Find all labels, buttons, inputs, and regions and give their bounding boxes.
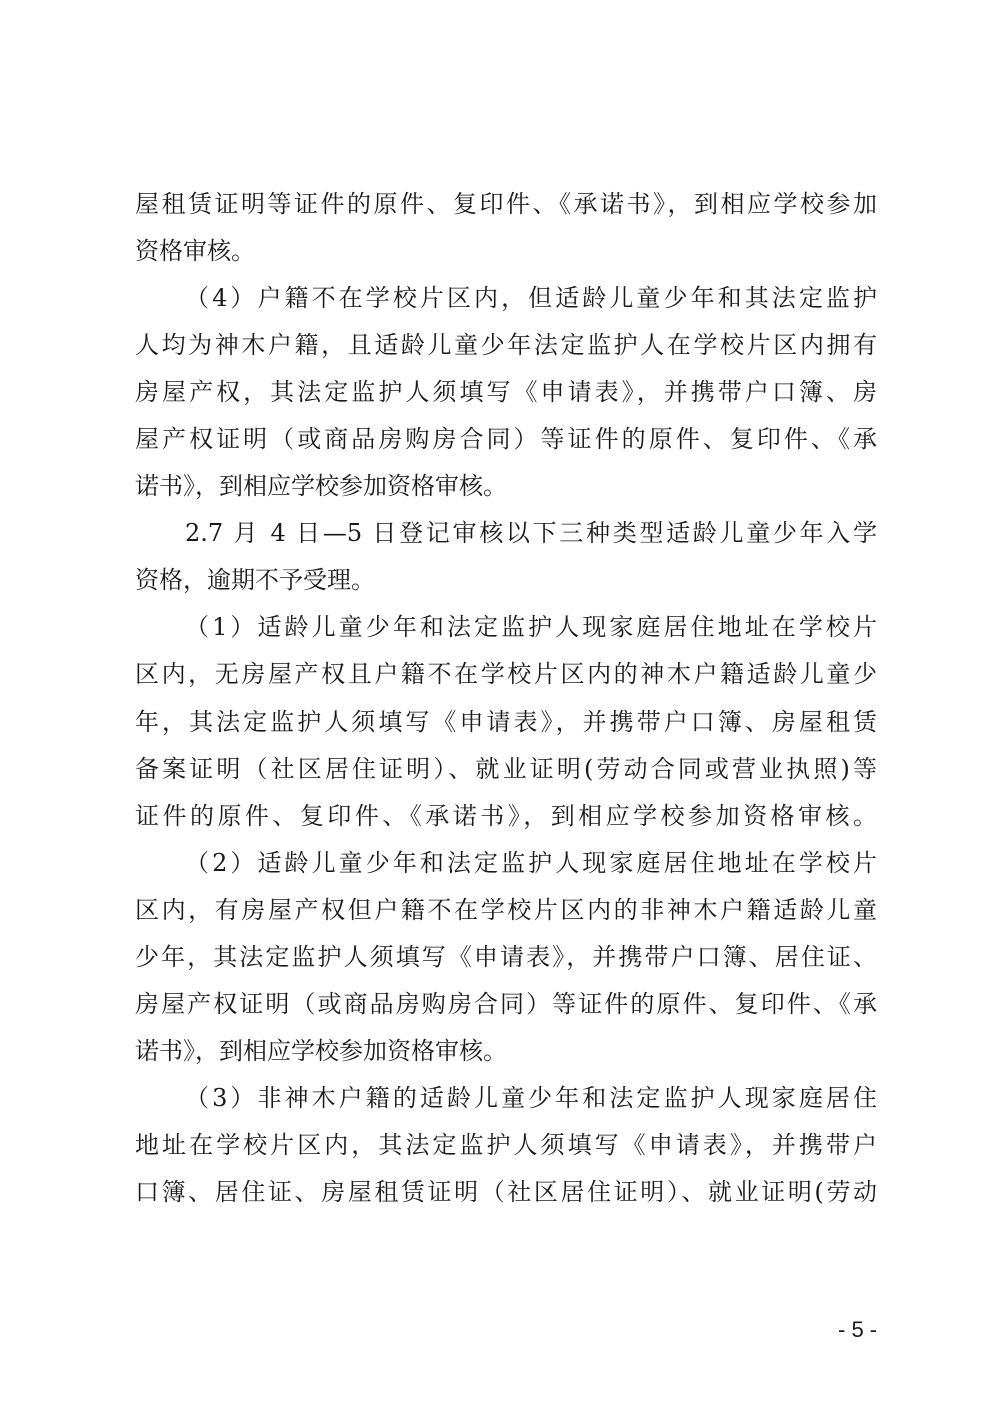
document-body: 屋租赁证明等证件的原件、复印件、《承诺书》，到相应学校参加 资格审核。 （4）户… [135,181,877,1216]
text-line: 诺书》，到相应学校参加资格审核。 [135,463,877,510]
text-line: 区内，无房屋产权且户籍不在学校片区内的神木户籍适龄儿童少 [135,651,877,698]
text-line: 屋租赁证明等证件的原件、复印件、《承诺书》，到相应学校参加 [135,181,877,228]
text-line: 房屋产权，其法定监护人须填写《申请表》，并携带户口簿、房 [135,369,877,416]
section-heading-2-7: 2.7 月 4 日—5 日登记审核以下三种类型适龄儿童少年入学 [135,510,877,557]
paragraph-start-item-3: （3）非神木户籍的适龄儿童少年和法定监护人现家庭居住 [135,1075,877,1122]
text-line: 区内，有房屋产权但户籍不在学校片区内的非神木户籍适龄儿童 [135,887,877,934]
paragraph-start-item-1: （1）适龄儿童少年和法定监护人现家庭居住地址在学校片 [135,604,877,651]
paragraph-start-item-2: （2）适龄儿童少年和法定监护人现家庭居住地址在学校片 [135,840,877,887]
text-line: 房屋产权证明（或商品房购房合同）等证件的原件、复印件、《承 [135,981,877,1028]
text-line: 人均为神木户籍，且适龄儿童少年法定监护人在学校片区内拥有 [135,322,877,369]
text-line: 备案证明（社区居住证明）、就业证明(劳动合同或营业执照)等 [135,746,877,793]
text-line: 证件的原件、复印件、《承诺书》，到相应学校参加资格审核。 [135,793,877,840]
text-line: 少年，其法定监护人须填写《申请表》，并携带户口簿、居住证、 [135,934,877,981]
text-line: 资格，逾期不予受理。 [135,557,877,604]
text-line: 资格审核。 [135,228,877,275]
document-page: 屋租赁证明等证件的原件、复印件、《承诺书》，到相应学校参加 资格审核。 （4）户… [0,0,1000,1414]
paragraph-start-item-4: （4）户籍不在学校片区内，但适龄儿童少年和其法定监护 [135,275,877,322]
page-number: - 5 - [838,1317,877,1343]
text-line: 地址在学校片区内，其法定监护人须填写《申请表》，并携带户 [135,1122,877,1169]
text-line: 诺书》，到相应学校参加资格审核。 [135,1028,877,1075]
text-line: 屋产权证明（或商品房购房合同）等证件的原件、复印件、《承 [135,416,877,463]
text-line: 口簿、居住证、房屋租赁证明（社区居住证明）、就业证明(劳动 [135,1169,877,1216]
text-line: 年，其法定监护人须填写《申请表》，并携带户口簿、房屋租赁 [135,699,877,746]
